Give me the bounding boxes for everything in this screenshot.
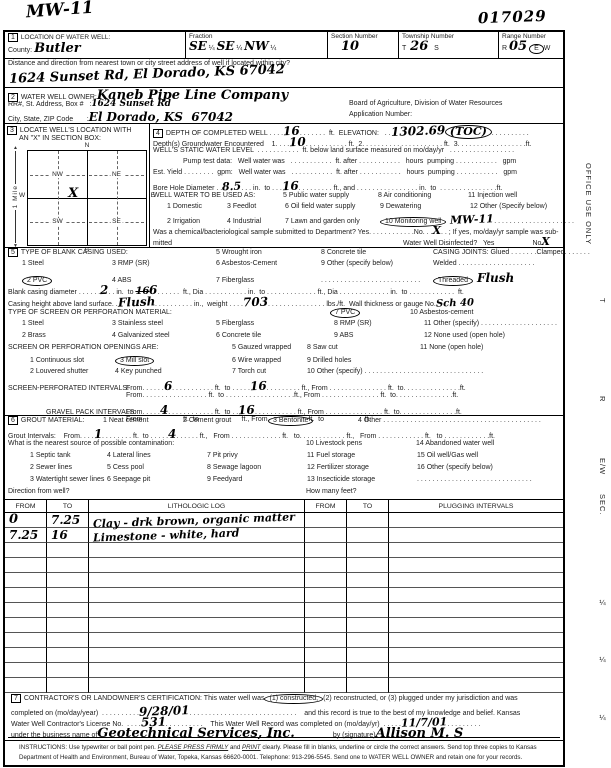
grout-option-4: 4 Other . . . . . . . . . . . . . . . . …: [358, 417, 541, 424]
to-label: . . . . . . . . ft. to . . . . .: [102, 433, 168, 440]
empty-table-row: [5, 678, 563, 693]
section-4-number: 4: [153, 129, 163, 138]
section-3-title-1: LOCATE WELL'S LOCATION WITH: [20, 127, 132, 134]
range-r: R: [502, 45, 507, 52]
est-yield-line: Est. Yield . . . . . . . . gpm: Well wat…: [153, 169, 517, 176]
empty-table-row: [5, 588, 563, 603]
use-option-2: 2 Irrigation: [167, 218, 227, 225]
elevation-label: . . . . . . . ft. ELEVATION: . .: [300, 130, 391, 137]
contamination-question: What is the nearest source of possible c…: [8, 440, 216, 447]
litho-row-2-description: Limestone - white, hard: [93, 527, 240, 543]
blank-diameter-value: 2: [100, 284, 109, 296]
contam-option-15: 15 Oil well/Gas well: [417, 452, 478, 459]
screen-option-2: 2 Brass: [22, 332, 112, 339]
well-location-x-mark: X: [68, 187, 78, 200]
header-lithologic-log: LITHOLOGIC LOG: [89, 500, 305, 512]
well-address-block: Distance and direction from nearest town…: [5, 59, 563, 88]
contam-option-14: 14 Abandoned water well: [416, 440, 494, 447]
screen-interval-to-value: 16: [250, 380, 267, 393]
instructions-and: and: [230, 744, 240, 751]
openings-title: SCREEN OR PERFORATION OPENINGS ARE:: [8, 344, 232, 351]
county-value: Butler: [34, 41, 81, 56]
contam-option-16: 16 Other (specify below): [417, 464, 493, 471]
contam-option-9: 9 Feedyard: [207, 476, 307, 483]
range-w: W: [544, 45, 551, 52]
quarter-glyph: ¼: [209, 45, 215, 52]
casing-weight-label: . . . . . . . . . . in., weight . . . .: [155, 301, 243, 308]
grout-option-1: 1 Neat cement: [103, 417, 183, 424]
township-value: 26: [410, 39, 428, 54]
empty-table-row: [5, 573, 563, 588]
sample-no-x-mark: X: [432, 225, 441, 236]
contam-option-12: 12 Fertilizer storage: [307, 464, 417, 471]
to-label: . . . . . . . . . . . ft. to . . . . .: [172, 385, 250, 392]
opening-option-4: 4 Key punched: [115, 368, 232, 375]
rail-quarter-3: ¼: [598, 713, 607, 723]
screen-option-5: 5 Fiberglass: [216, 320, 334, 327]
opening-option-1: 1 Continuous slot: [30, 357, 115, 364]
pump-test-line: Pump test data: Well water was . . . . .…: [183, 158, 516, 165]
quadrant-sw: SW: [50, 218, 64, 225]
contam-option-7: 7 Pit privy: [207, 452, 307, 459]
gravel-from-value: 4: [160, 404, 169, 416]
dotted-leader: . . . . . . . . . . . . . . . . . . . . …: [494, 218, 574, 225]
grout-title: GROUT MATERIAL:: [21, 417, 85, 424]
office-use-only-label: OFFICE USE ONLY: [584, 163, 593, 245]
contam-option-13: 13 Insecticide storage: [307, 476, 417, 483]
empty-table-row: [5, 543, 563, 558]
owner-title: WATER WELL OWNER:: [21, 94, 97, 101]
casing-weight-value: 703: [243, 296, 268, 309]
contam-option-11: 11 Fuel storage: [307, 452, 417, 459]
opening-option-6: 6 Wire wrapped: [232, 357, 307, 364]
compass-e: E: [151, 192, 155, 199]
section-3-number: 3: [7, 126, 17, 135]
contam-option-8: 8 Sewage lagoon: [207, 464, 307, 471]
empty-table-row: [5, 603, 563, 618]
opening-option-8: 8 Saw cut: [307, 344, 420, 351]
elevation-toc-note: (TOC): [445, 125, 492, 139]
casing-height-label: Casing height above land surface. .: [8, 301, 118, 308]
empty-table-row: [5, 633, 563, 648]
litho-row-2: 7.25 16 Limestone - white, hard: [5, 528, 563, 543]
depth-completed-label: DEPTH OF COMPLETED WELL . . . .: [166, 130, 283, 137]
empty-table-row: [5, 663, 563, 678]
contam-option-10: 10 Livestock pens: [306, 440, 416, 447]
owner-city-value: El Dorado, KS 67042: [89, 111, 233, 123]
gravel-to-value: 16: [238, 404, 255, 417]
rail-quarter-1: ¼: [598, 598, 607, 608]
contam-option-2: 2 Sewer lines: [30, 464, 107, 471]
owner-city-label: City, State, ZIP Code :: [8, 116, 89, 123]
contam-option-1: 1 Septic tank: [30, 452, 107, 459]
contam-option-5: 5 Cess pool: [107, 464, 207, 471]
opening-option-9: 9 Drilled holes: [307, 357, 351, 364]
quarter-glyph: ¼: [271, 45, 277, 52]
screen-intervals-label: SCREEN-PERFORATED INTERVALS:: [8, 385, 126, 392]
rail-township-label: T: [598, 298, 607, 304]
opening-option-5: 5 Gauzed wrapped: [232, 344, 307, 351]
dotted-leader: . . . . . . . . . . . . . . . . . . . . …: [417, 476, 532, 483]
header-plugging-intervals: PLUGGING INTERVALS: [389, 500, 563, 512]
opening-option-7: 7 Torch cut: [232, 368, 307, 375]
section-2-owner: 2WATER WELL OWNER: Kaneb Pipe Line Compa…: [5, 88, 563, 124]
blank-diameter-label: Blank casing diameter . . . . . .: [8, 289, 100, 296]
monitoring-well-id-value: MW-11: [450, 213, 494, 226]
section-1-number: 1: [8, 33, 18, 42]
certification-text-3: . . . . . . . . . . . . . . . . . . . . …: [190, 710, 521, 717]
screen-option-10: 10 Asbestos-cement: [410, 309, 473, 316]
screen-option-7-circled: 7 PVC: [330, 308, 360, 318]
groundwater-1-value: 10: [289, 136, 306, 149]
casing-option-1: 1 Steel: [22, 260, 112, 267]
sample-question-end: mitted: [153, 240, 303, 247]
section-1-location: 1LOCATION OF WATER WELL: County: Butler …: [5, 32, 563, 59]
certification-text-2: (2) reconstructed, or (3) plugged under …: [323, 695, 518, 702]
signature-label: by (signature): [333, 732, 376, 739]
direction-question: Direction from well?: [8, 488, 216, 495]
screen-material-title: TYPE OF SCREEN OR PERFORATION MATERIAL:: [8, 309, 218, 316]
interval-blanks: . . . . . . ft., From . . . . . . . . . …: [176, 433, 495, 440]
use-option-9: 9 Dewatering: [380, 203, 470, 210]
how-many-feet-question: How many feet?: [306, 488, 357, 495]
record-completed-date-value: 11/7/01: [401, 716, 448, 729]
header-from-1: FROM: [5, 500, 47, 512]
opening-option-11: 11 None (open hole): [420, 344, 483, 351]
quadrant-se: SE: [110, 218, 123, 225]
owner-address-value: 1624 Sunset Rd: [91, 100, 171, 109]
litho-row-1-description: Clay - drk brown, organic matter: [93, 511, 295, 529]
screen-option-11: 11 Other (specify) . . . . . . . . . . .…: [424, 320, 557, 327]
section-6-number: 6: [8, 416, 18, 425]
litho-row-1-to: 7.25: [51, 514, 80, 526]
bore-diameter-value: 8.5: [222, 181, 242, 193]
grout-option-2: 2 Cement grout: [183, 417, 268, 424]
elevation-value: 1302.69: [390, 124, 445, 138]
use-option-8: 8 Air conditioning: [378, 192, 468, 199]
blank-diameter-blanks: . . . . . . ft., Dia . . . . . . . . . .…: [158, 289, 464, 296]
casing-title: TYPE OF BLANK CASING USED:: [21, 249, 128, 256]
range-value: 05: [509, 39, 527, 54]
from-label: From. . . . . .: [126, 385, 164, 392]
use-option-1: 1 Domestic: [167, 203, 227, 210]
board-of-agriculture-note: Board of Agriculture, Division of Water …: [349, 100, 559, 111]
section-4-well-data: 4DEPTH OF COMPLETED WELL . . . .16. . . …: [150, 124, 577, 247]
one-mile-label: 1 Mile: [12, 184, 19, 209]
use-option-3: 3 Feedlot: [227, 203, 285, 210]
screen-interval-from-value: 6: [164, 380, 173, 392]
section-5-number: 5: [8, 248, 18, 257]
use-title: WELL WATER TO BE USED AS:: [153, 192, 283, 199]
section-7-certification: 7CONTRACTOR'S OR LANDOWNER'S CERTIFICATI…: [5, 693, 563, 741]
interval-blanks: . . . . . . . . . ft., From . . . . . . …: [267, 385, 466, 392]
application-number-label: Application Number:: [349, 111, 559, 122]
contam-option-3: 3 Watertight sewer lines: [30, 476, 107, 483]
grout-option-3-circled: 3 Bentonite: [268, 416, 313, 426]
casing-height-value: Flush: [118, 295, 156, 308]
dotted-leader: . . . . . . . . . . . . . . . . . . . . …: [321, 277, 433, 284]
casing-threaded-circled: Threaded: [433, 276, 473, 286]
compass-w: W: [19, 192, 25, 199]
press-firmly-emphasis: PLEASE PRESS FIRMLY: [158, 744, 229, 751]
county-label: County:: [8, 47, 32, 54]
use-option-6: 6 Oil field water supply: [285, 203, 380, 210]
section-number-value: 10: [341, 39, 359, 54]
instructions-text-3: of Health and Environment, Bureau of Wat…: [53, 754, 522, 761]
litho-row-2-from: 7.25: [9, 529, 38, 541]
casing-option-5: 5 Wrought iron: [216, 249, 321, 256]
completed-on-label: completed on (mo/day/year) . . . . . . .…: [11, 710, 139, 717]
township-s: S: [434, 45, 439, 52]
township-t: T: [402, 45, 406, 52]
interval-blanks: . . . . . . . . . . . ft., From . . . . …: [255, 409, 462, 416]
grout-from-value: 1: [93, 428, 102, 440]
use-option-4: 4 Industrial: [227, 218, 285, 225]
gauge-value: Sch 40: [436, 298, 474, 309]
section-3-locate: 3LOCATE WELL'S LOCATION WITH AN "X" IN S…: [5, 124, 150, 247]
litho-row-1: 0 7.25 Clay - drk brown, organic matter: [5, 513, 563, 528]
to-label: . . . . . . . . . . . . ft. to . .: [168, 409, 238, 416]
quarter-glyph: ¼: [236, 45, 242, 52]
sample-question: Was a chemical/bacteriological sample su…: [153, 229, 432, 236]
casing-option-4: 4 ABS: [112, 277, 216, 284]
rail-quarter-2: ¼: [598, 655, 607, 665]
opening-option-10: 10 Other (specify) . . . . . . . . . . .…: [307, 368, 483, 375]
screen-option-6: 6 Concrete tile: [216, 332, 334, 339]
opening-option-2: 2 Louvered shutter: [30, 368, 115, 375]
header-to-2: TO: [347, 500, 389, 512]
compass-n: N: [85, 142, 90, 149]
screen-option-3: 3 Stainless steel: [112, 320, 216, 327]
business-name-label: under the business name of: [11, 732, 97, 739]
section-box-diagram: N S W E NW NE SW SE X: [27, 150, 147, 246]
grout-to-value: 4: [168, 428, 177, 440]
screen-option-1: 1 Steel: [22, 320, 112, 327]
section-3-title-2: AN "X" IN SECTION BOX:: [19, 135, 101, 142]
scanned-form-page: MW-11 WATER WELL RECORDForm WWC-5KSA 82a…: [0, 0, 611, 768]
from-label: From. . . . .: [126, 409, 160, 416]
litho-row-1-from: 0: [9, 513, 18, 526]
print-emphasis: PRINT: [242, 744, 261, 751]
grout-intervals-label: Grout Intervals: From. . . .: [8, 433, 94, 440]
casing-option-2-circled: 2 PVC: [22, 276, 52, 286]
screen-option-9: 9 ABS: [334, 332, 424, 339]
arrow-down-icon: ▼: [13, 243, 18, 249]
casing-option-9: 9 Other (specify below): [321, 260, 433, 267]
empty-table-row: [5, 648, 563, 663]
casing-joints-label: CASING JOINTS: Glued . . . . . . .Clampe…: [433, 249, 590, 256]
rail-sec-label: SEC.: [598, 494, 607, 516]
section-7-number: 7: [11, 694, 21, 703]
contam-option-6: 6 Seepage pit: [107, 476, 207, 483]
static-water-level-line: WELL'S STATIC WATER LEVEL . . . . . . . …: [153, 147, 514, 154]
screen-intervals-blank-line: From. . . . . . . . . . . . . . . . . ft…: [126, 392, 458, 399]
instructions-block: INSTRUCTIONS: Use typewriter or ball poi…: [5, 741, 563, 765]
dotted-leader: . . . . . . . . . .: [492, 130, 529, 137]
casing-option-8: 8 Concrete tile: [321, 249, 433, 256]
gauge-label: . . . . . . . . . . . . . . . lbs./ft. W…: [268, 301, 436, 308]
use-option-12: 12 Other (Specify below): [470, 203, 547, 210]
lithologic-log-table: FROM TO LITHOLOGIC LOG FROM TO PLUGGING …: [5, 500, 563, 693]
business-name-value: Geotechnical Services, Inc.: [97, 727, 294, 740]
owner-address-label: RR#, St. Address, Box # :: [8, 101, 91, 108]
well-id-annotation: MW-11: [25, 0, 94, 21]
fraction-2: SE: [217, 39, 235, 53]
section-1-title: LOCATION OF WATER WELL:: [21, 34, 110, 41]
quadrant-ne: NE: [110, 171, 123, 178]
fraction-3: NW: [244, 39, 268, 53]
screen-option-4: 4 Galvanized steel: [112, 332, 216, 339]
constructed-option-circled: (1) constructed,: [264, 694, 323, 704]
contam-option-4: 4 Lateral lines: [107, 452, 207, 459]
section-5-casing: 5TYPE OF BLANK CASING USED:5 Wrought iro…: [5, 248, 563, 416]
casing-option-6: 6 Asbestos-Cement: [216, 260, 321, 267]
casing-joint-flush-value: Flush: [477, 272, 514, 284]
use-option-11: 11 Injection well: [468, 192, 517, 199]
form-body: 1LOCATION OF WATER WELL: County: Butler …: [3, 30, 565, 767]
serial-number: 017029: [478, 9, 547, 26]
instructions-text-1: INSTRUCTIONS: Use typewriter or ball poi…: [19, 744, 156, 751]
casing-option-3: 3 RMP (SR): [112, 260, 216, 267]
disinfected-question: Water Well Disinfected? Yes: [403, 240, 494, 247]
rail-ew-label: E/W: [598, 458, 607, 475]
fraction-1: SE: [189, 39, 207, 53]
casing-welded-label: Welded . . . . . . . . . . . . . . . . .…: [433, 260, 534, 267]
empty-table-row: [5, 618, 563, 633]
license-number-value: 531: [141, 716, 166, 729]
compass-s: S: [85, 247, 89, 254]
header-to-1: TO: [47, 500, 89, 512]
screen-option-12: 12 None used (open hole): [424, 332, 505, 339]
rail-range-label: R: [598, 396, 607, 402]
casing-option-7: 7 Fiberglass: [216, 277, 321, 284]
gravel-pack-label: GRAVEL PACK INTERVALS:: [46, 409, 126, 416]
disinfected-no-x-mark: X: [541, 236, 550, 247]
range-east-circled: E: [529, 44, 544, 54]
header-from-2: FROM: [305, 500, 347, 512]
empty-table-row: [5, 558, 563, 573]
section-6-grout: 6GROUT MATERIAL:1 Neat cement2 Cement gr…: [5, 416, 563, 500]
opening-option-3-circled: 3 Mill slot: [115, 356, 154, 366]
screen-option-8: 8 RMP (SR): [334, 320, 424, 327]
certification-text-1: CONTRACTOR'S OR LANDOWNER'S CERTIFICATIO…: [24, 695, 265, 702]
quadrant-nw: NW: [50, 171, 65, 178]
use-option-7: 7 Lawn and garden only: [285, 218, 380, 225]
bore-depth-value: 16: [282, 180, 299, 193]
litho-row-2-to: 16: [51, 529, 68, 541]
